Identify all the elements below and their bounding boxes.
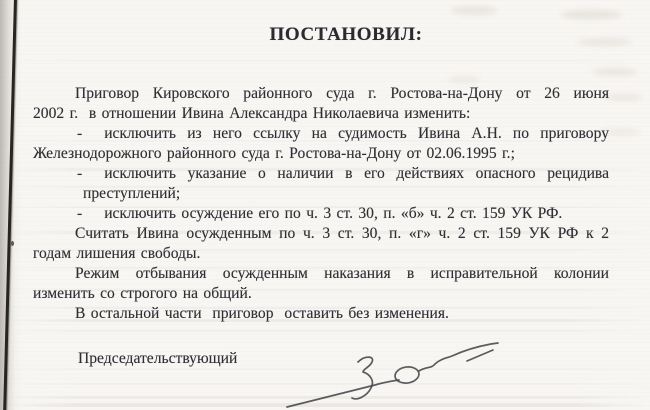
scan-speck [11,241,14,246]
body-line-4: Железнодорожного районного суда г. Росто… [33,144,609,164]
signature-oval-stroke [394,365,420,384]
scanned-document-page: ПОСТАНОВИЛ: Приговор Кировского районног… [0,0,650,410]
body-line-text: изменить со строгого на общий. [33,285,252,302]
body-line-1: Приговор Кировского районного суда г. Ро… [33,84,609,104]
body-line-2: 2002 г. в отношении Ивина Александра Ник… [33,104,609,124]
body-line-text: Железнодорожного районного суда г. Росто… [33,145,515,162]
body-line-11: изменить со строгого на общий. [33,284,609,304]
body-line-text: исключить из него ссылку на судимость Ив… [104,125,609,142]
body-line-text: Приговор Кировского районного суда г. Ро… [75,85,609,102]
list-dash: - [77,205,82,222]
signature-arrow-barb-stroke [467,350,493,361]
body-line-text: исключить указание о наличии в его дейст… [104,165,609,182]
body-line-text: Режим отбывания осужденным наказания в и… [75,265,609,282]
document-title: ПОСТАНОВИЛ: [21,24,650,46]
body-line-7: -исключить осуждение его по ч. 3 ст. 30,… [33,204,609,224]
signature-letter-z-stroke [352,357,373,399]
signature-wave-stroke [419,343,498,371]
body-line-5: -исключить указание о наличии в его дейс… [33,164,609,184]
signature-underline-stroke [287,380,399,407]
signature-role-label: Председательствующий [78,350,237,368]
body-line-8: Считать Ивина осужденным по ч. 3 ст. 30,… [33,224,609,244]
list-dash: - [77,165,82,182]
body-line-text: В остальной части приговор оставить без … [75,305,449,322]
body-line-text: годам лишения свободы. [33,245,200,262]
list-dash: - [77,125,82,142]
body-line-10: Режим отбывания осужденным наказания в и… [33,264,609,284]
body-line-text: Считать Ивина осужденным по ч. 3 ст. 30,… [75,225,609,242]
body-line-3: -исключить из него ссылку на судимость И… [33,124,609,144]
body-line-6: преступлений; [33,184,609,204]
body-line-text: исключить осуждение его по ч. 3 ст. 30, … [104,205,562,222]
body-line-9: годам лишения свободы. [33,244,609,264]
handwritten-signature [275,330,510,410]
body-line-12: В остальной части приговор оставить без … [33,304,609,324]
body-line-text: преступлений; [83,185,180,202]
document-body: Приговор Кировского районного суда г. Ро… [33,84,609,324]
body-line-text: 2002 г. в отношении Ивина Александра Ник… [33,105,470,122]
